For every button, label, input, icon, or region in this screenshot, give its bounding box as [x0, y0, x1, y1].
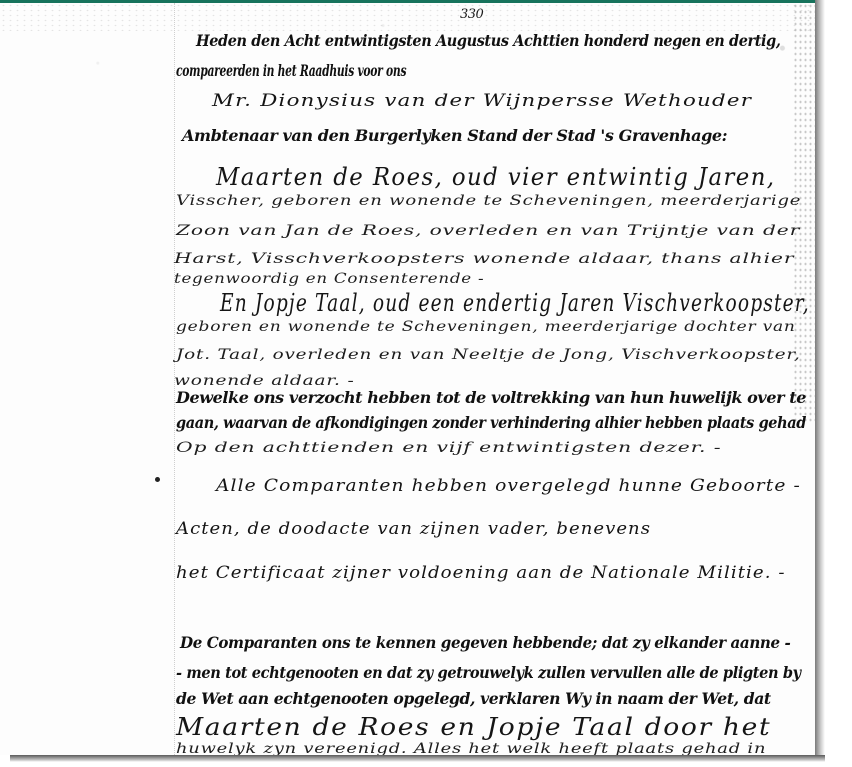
document-viewer: 330 Heden den Acht entwintigsten Augustu… [0, 0, 852, 767]
page-shadow-right [815, 0, 825, 760]
record-line: Alle Comparanten hebben overgelegd hunne… [216, 476, 801, 496]
record-line: Maarten de Roes, oud vier entwintig Jare… [216, 163, 775, 191]
record-line: wonende aldaar. - [174, 373, 355, 389]
record-line: Harst, Visschverkoopsters wonende aldaar… [174, 251, 794, 267]
record-line: Heden den Acht entwintigsten Augustus Ac… [196, 31, 781, 50]
record-line: De Comparanten ons te kennen gegeven heb… [180, 633, 790, 652]
record-line: Jot. Taal, overleden en van Neeltje de J… [176, 347, 801, 363]
record-line: Acten, de doodacte van zijnen vader, ben… [176, 519, 651, 539]
record-line: geboren en wonende te Scheveningen, meer… [176, 319, 796, 335]
ink-spot [155, 477, 160, 482]
record-line: Op den achttienden en vijf entwintigsten… [176, 440, 721, 456]
record-line: compareerden in het Raadhuis voor ons [176, 61, 406, 80]
record-line: het Certificaat zijner voldoening aan de… [176, 563, 786, 583]
page-shadow-bottom [10, 755, 825, 762]
record-line: Visscher, geboren en wonende te Scheveni… [176, 193, 801, 209]
record-line: huwelyk zyn vereenigd. Alles het welk he… [176, 741, 766, 755]
record-line: Zoon van Jan de Roes, overleden en van T… [176, 223, 800, 239]
record-line: tegenwoordig en Consenterende - [174, 271, 484, 287]
record-line: gaan, waarvan de afkondigingen zonder ve… [176, 413, 806, 432]
record-line: - men tot echtgenooten en dat zy getrouw… [176, 663, 801, 682]
scanned-page: 330 Heden den Acht entwintigsten Augustu… [0, 3, 815, 755]
record-line: Mr. Dionysius van der Wijnpersse Wethoud… [212, 91, 752, 111]
record-line: Ambtenaar van den Burgerlyken Stand der … [182, 126, 727, 145]
record-line: En Jopje Taal, oud een endertig Jaren Vi… [220, 289, 810, 317]
folio-number: 330 [460, 7, 483, 22]
record-line: de Wet aan echtgenooten opgelegd, verkla… [176, 689, 771, 708]
record-line: Dewelke ons verzocht hebben tot de voltr… [176, 388, 806, 407]
record-line: Maarten de Roes en Jopje Taal door het [176, 713, 771, 741]
